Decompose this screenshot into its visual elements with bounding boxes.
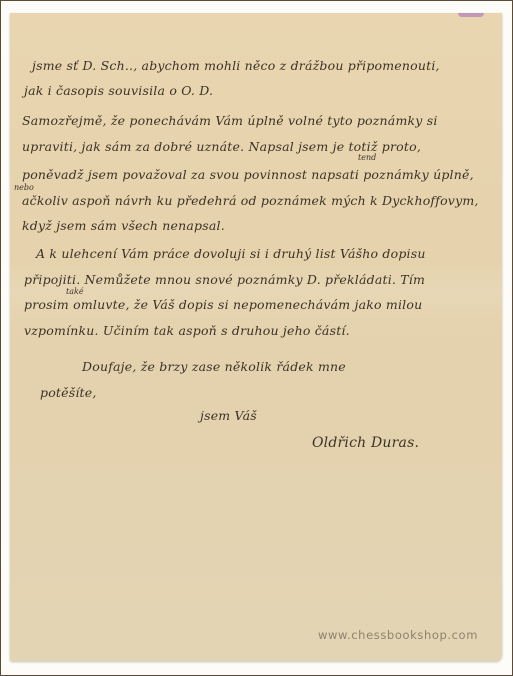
letter-line-6: ačkoliv aspoň návrh ku předehrá od pozná… bbox=[22, 193, 479, 208]
letter-line-10: prosim omluvte, že Váš dopis si nepomene… bbox=[24, 297, 422, 312]
letter-line-13: potěšíte, bbox=[40, 385, 97, 400]
letter-line-9: připojiti. Nemůžete mnou snové poznámky … bbox=[24, 272, 425, 287]
letter-line-11: vzpomínku. Učiním tak aspoň s druhou jeh… bbox=[24, 323, 350, 338]
letter-line-8: A k ulehcení Vám práce dovoluji si i dru… bbox=[36, 246, 426, 261]
correction-above-napsati: tend bbox=[358, 153, 376, 162]
letter-line-4: upraviti, jak sám za dobré uznáte. Napsa… bbox=[22, 139, 421, 154]
margin-correction-nebo: nebo bbox=[14, 183, 34, 192]
letter-page: jsme sť D. Sch.., abychom mohli něco z d… bbox=[10, 13, 502, 661]
watermark-url: www.chessbookshop.com bbox=[318, 628, 478, 642]
image-frame: jsme sť D. Sch.., abychom mohli něco z d… bbox=[0, 0, 513, 676]
letter-line-5: poněvadž jsem považoval za svou povinnos… bbox=[22, 167, 474, 182]
closing-phrase: jsem Váš bbox=[200, 408, 257, 423]
correction-above-omluvte: také bbox=[66, 287, 84, 296]
ink-stain bbox=[458, 13, 484, 17]
letter-line-12: Doufaje, že brzy zase několik řádek mne bbox=[82, 359, 346, 374]
letter-line-2: jak i časopis souvisila o O. D. bbox=[24, 83, 213, 98]
signature: Oldřich Duras. bbox=[312, 435, 419, 451]
letter-line-1: jsme sť D. Sch.., abychom mohli něco z d… bbox=[32, 58, 440, 73]
letter-line-7: když jsem sám všech nenapsal. bbox=[22, 218, 225, 233]
letter-line-3: Samozřejmě, že ponechávám Vám úplně voln… bbox=[22, 113, 438, 128]
